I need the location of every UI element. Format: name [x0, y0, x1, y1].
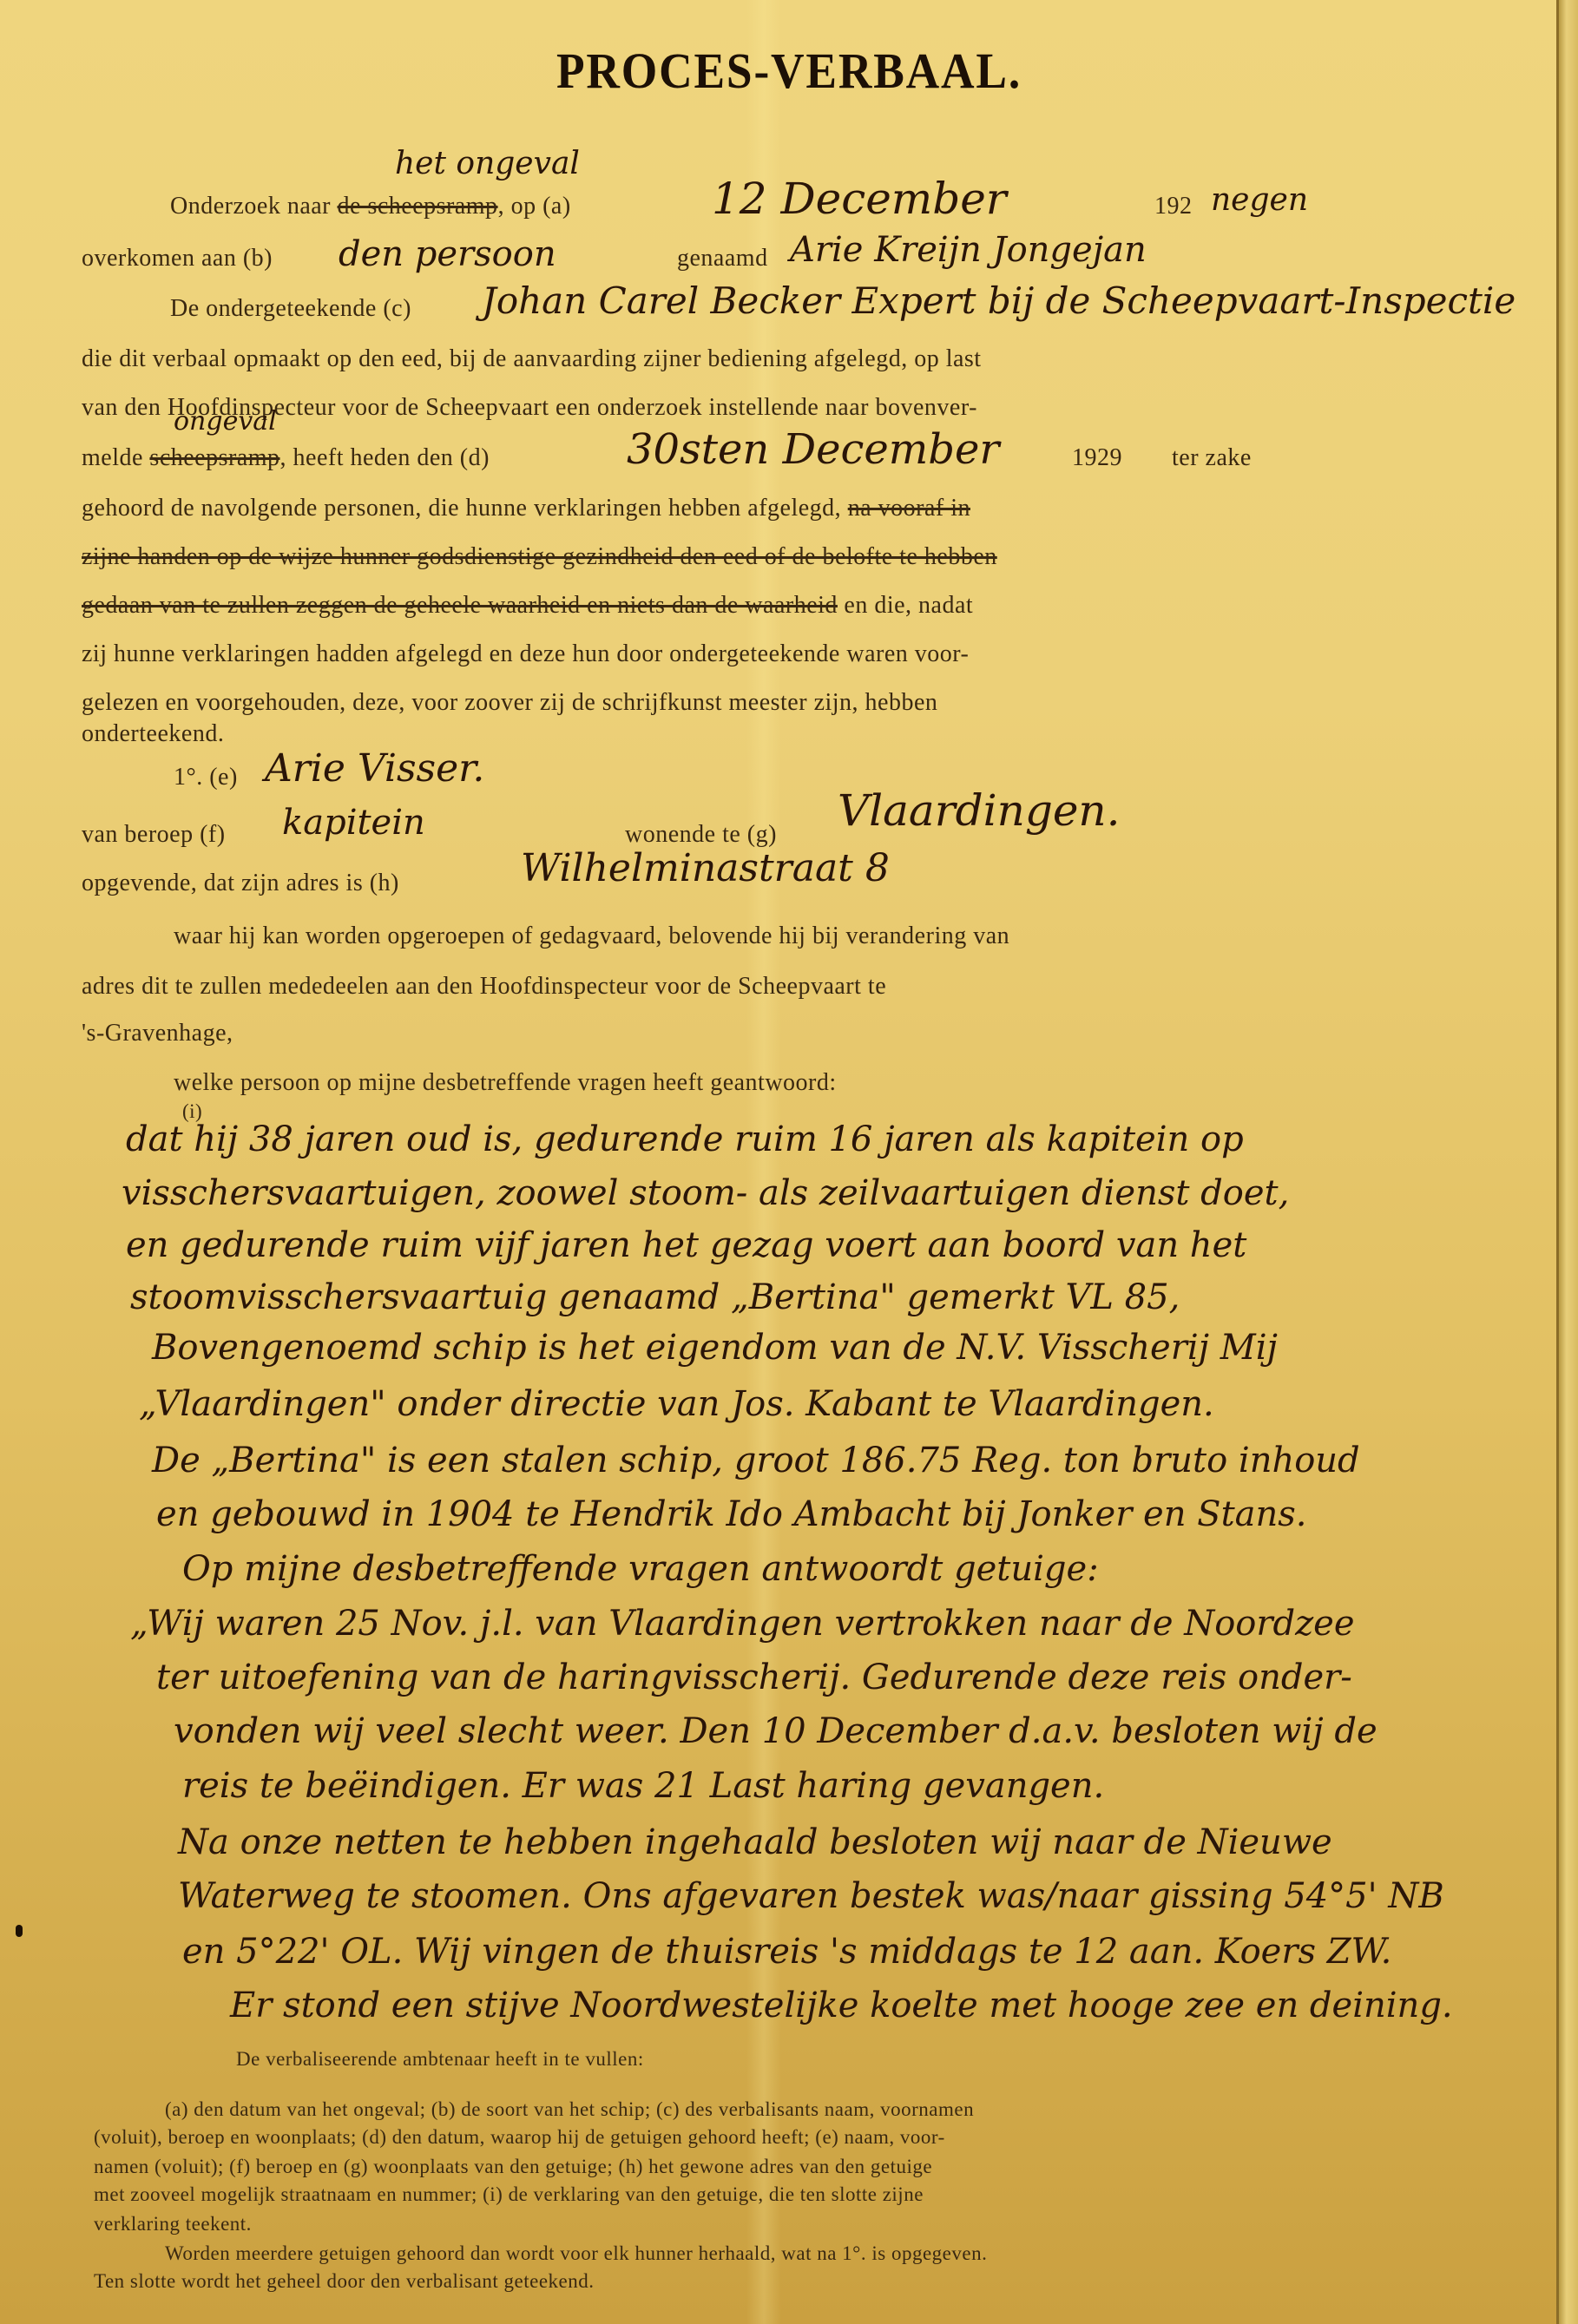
- footer-line: met zooveel mogelijk straatnaam en numme…: [94, 2183, 924, 2206]
- struck-na-vooraf: na vooraf in: [848, 495, 970, 522]
- statement-line: „Wij waren 25 Nov. j.l. van Vlaardingen …: [130, 1604, 1355, 1644]
- label-beroep: van beroep (f): [82, 821, 226, 849]
- statement-line: en gedurende ruim vijf jaren het gezag v…: [126, 1225, 1246, 1265]
- witness-address: Wilhelminastraat 8: [521, 846, 890, 890]
- handwritten-victim-name: Arie Kreijn Jongejan: [790, 230, 1147, 270]
- statement-line: De „Bertina" is een stalen schip, groot …: [152, 1441, 1360, 1480]
- statement-line: visschersvaartuigen, zoowel stoom- als z…: [122, 1173, 1289, 1213]
- witness-p1: waar hij kan worden opgeroepen of gedagv…: [174, 922, 1175, 950]
- label-op: , op (a): [498, 193, 571, 220]
- statement-line: Na onze netten te hebben ingehaald beslo…: [178, 1822, 1332, 1862]
- label-heeft-heden: , heeft heden den (d): [280, 444, 490, 471]
- document-title: PROCES-VERBAAL.: [63, 42, 1516, 100]
- text-gehoord: gehoord de navolgende personen, die hunn…: [82, 495, 841, 522]
- statement-line: vonden wij veel slecht weer. Den 10 Dece…: [174, 1711, 1377, 1751]
- handwritten-insert-ongeval-2: ongeval: [174, 406, 277, 437]
- handwritten-date-hearing: 30sten December: [627, 425, 999, 474]
- footer-line: verklaring teekent.: [94, 2213, 252, 2235]
- label-adres: opgevende, dat zijn adres is (h): [82, 870, 399, 897]
- form-line-11: gelezen en voorgehouden, deze, voor zoov…: [82, 689, 1175, 717]
- label-overkomen: overkomen aan (b): [82, 245, 273, 272]
- statement-line: en 5°22' OL. Wij vingen de thuisreis 's …: [182, 1932, 1391, 1972]
- statement-line: Bovengenoemd schip is het eigendom van d…: [152, 1328, 1278, 1368]
- statement-line: Op mijne desbetreffende vragen antwoordt…: [182, 1549, 1099, 1589]
- form-line-10: zij hunne verklaringen hadden afgelegd e…: [82, 640, 1175, 668]
- statement-line: en gebouwd in 1904 te Hendrik Ido Ambach…: [156, 1494, 1307, 1534]
- struck-waarheid: gedaan van te zullen zeggen de geheele w…: [82, 592, 838, 619]
- label-ondergeteekende: De ondergeteekende (c): [170, 295, 411, 323]
- form-line-12: onderteekend.: [82, 720, 224, 748]
- footer-line: (voluit), beroep en woonplaats; (d) den …: [94, 2126, 945, 2149]
- handwritten-insert-ongeval: het ongeval: [395, 146, 580, 181]
- struck-scheepsramp-2: scheepsramp: [149, 444, 279, 471]
- footer-line: (a) den datum van het ongeval; (b) de so…: [165, 2098, 974, 2121]
- statement-line: Waterweg te stoomen. Ons afgevaren beste…: [178, 1876, 1444, 1916]
- witness-p4: welke persoon op mijne desbetreffende vr…: [174, 1069, 837, 1097]
- statement-line: reis te beëindigen. Er was 21 Last harin…: [182, 1766, 1104, 1806]
- label-onderzoek: Onderzoek naar: [170, 193, 331, 220]
- year-prefix: 192: [1154, 193, 1193, 220]
- statement-line: Er stond een stijve Noordwestelijke koel…: [230, 1986, 1453, 2025]
- form-line-9: gedaan van te zullen zeggen de geheele w…: [82, 592, 973, 620]
- form-line-8-struck: zijne handen op de wijze hunner godsdien…: [82, 543, 997, 571]
- page-edge: [1556, 0, 1578, 2324]
- handwritten-year: negen: [1211, 182, 1308, 218]
- witness-name: Arie Visser.: [265, 746, 484, 791]
- witness-occupation: kapitein: [282, 803, 425, 843]
- statement-line: ter uitoefening van de haringvisscherij.…: [156, 1658, 1352, 1697]
- text-nadat: en die, nadat: [844, 592, 973, 619]
- struck-scheepsramp: de scheepsramp: [338, 193, 498, 220]
- witness-p3: 's-Gravenhage,: [82, 1020, 233, 1047]
- label-ter-zake: ter zake: [1172, 444, 1252, 472]
- handwritten-date-accident: 12 December: [712, 174, 1007, 224]
- footer-p2: Worden meerdere getuigen gehoord dan wor…: [165, 2242, 987, 2265]
- label-melde: melde: [82, 444, 143, 471]
- label-wonende: wonende te (g): [625, 821, 777, 849]
- footer-line: namen (voluit); (f) beroep en (g) woonpl…: [94, 2156, 932, 2178]
- form-line-7: gehoord de navolgende personen, die hunn…: [82, 495, 970, 522]
- witness-residence: Vlaardingen.: [838, 785, 1121, 836]
- statement-line: „Vlaardingen" onder directie van Jos. Ka…: [139, 1384, 1214, 1424]
- witness-p2: adres dit te zullen mededeelen aan den H…: [82, 973, 1175, 1001]
- form-line-6: melde scheepsramp, heeft heden den (d): [82, 444, 490, 472]
- footer-p3: Ten slotte wordt het geheel door den ver…: [94, 2270, 595, 2293]
- form-line-4: die dit verbaal opmaakt op den eed, bij …: [82, 345, 1175, 373]
- witness-number: 1°. (e): [174, 764, 238, 791]
- year-hearing: 1929: [1072, 444, 1122, 472]
- handwritten-den-persoon: den persoon: [339, 234, 556, 274]
- label-genaamd: genaamd: [677, 245, 768, 272]
- handwritten-inspector: Johan Carel Becker Expert bij de Scheepv…: [482, 279, 1516, 322]
- statement-line: dat hij 38 jaren oud is, gedurende ruim …: [126, 1119, 1244, 1159]
- statement-line: stoomvisschersvaartuig genaamd „Bertina"…: [130, 1277, 1180, 1317]
- ink-mark: [16, 1925, 23, 1937]
- form-line-1: Onderzoek naar de scheepsramp, op (a): [170, 193, 571, 220]
- footer-heading: De verbaliseerende ambtenaar heeft in te…: [236, 2048, 644, 2071]
